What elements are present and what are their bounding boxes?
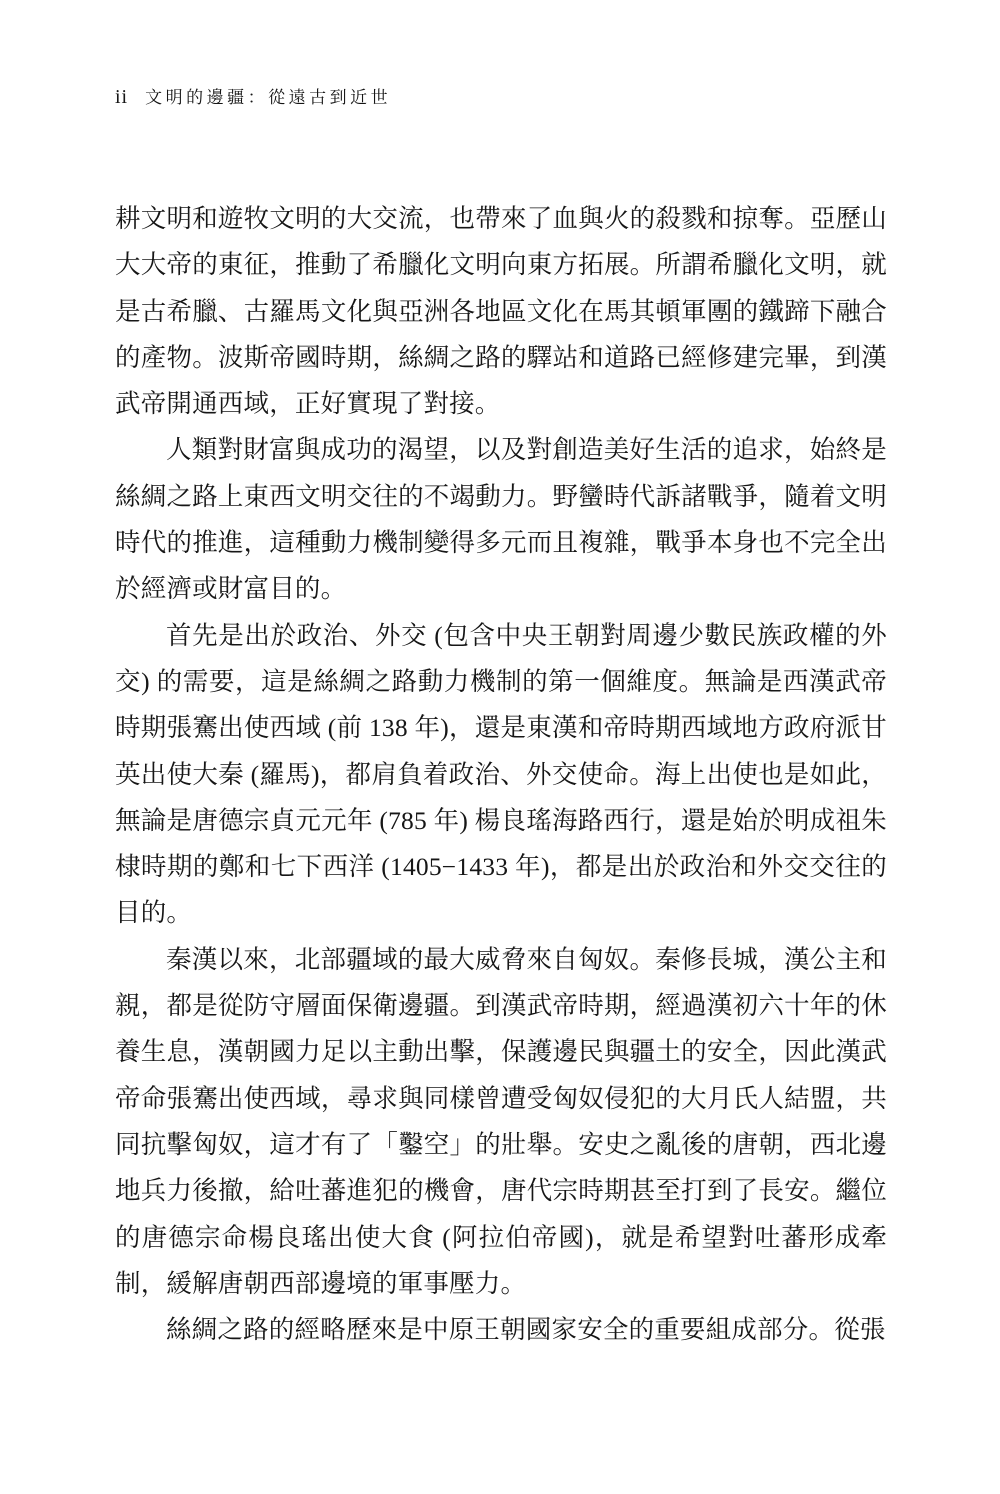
paragraph: 耕文明和遊牧文明的大交流，也帶來了血與火的殺戮和掠奪。亞歷山大大帝的東征，推動了… <box>115 196 887 427</box>
page-number: ii <box>115 86 128 109</box>
paragraph: 絲綢之路的經略歷來是中原王朝國家安全的重要組成部分。從張 <box>115 1307 887 1353</box>
paragraph: 首先是出於政治、外交 (包含中央王朝對周邊少數民族政權的外交) 的需要，這是絲綢… <box>115 613 887 937</box>
running-header-title: 文明的邊疆：從遠古到近世 <box>145 83 391 108</box>
paragraph: 人類對財富與成功的渴望，以及對創造美好生活的追求，始終是絲綢之路上東西文明交往的… <box>115 427 887 612</box>
book-page: ii 文明的邊疆：從遠古到近世 耕文明和遊牧文明的大交流，也帶來了血與火的殺戮和… <box>0 0 1000 1494</box>
body-text: 耕文明和遊牧文明的大交流，也帶來了血與火的殺戮和掠奪。亞歷山大大帝的東征，推動了… <box>115 196 887 1353</box>
running-header: ii 文明的邊疆：從遠古到近世 <box>115 83 391 109</box>
paragraph: 秦漢以來，北部疆域的最大威脅來自匈奴。秦修長城，漢公主和親，都是從防守層面保衛邊… <box>115 937 887 1307</box>
